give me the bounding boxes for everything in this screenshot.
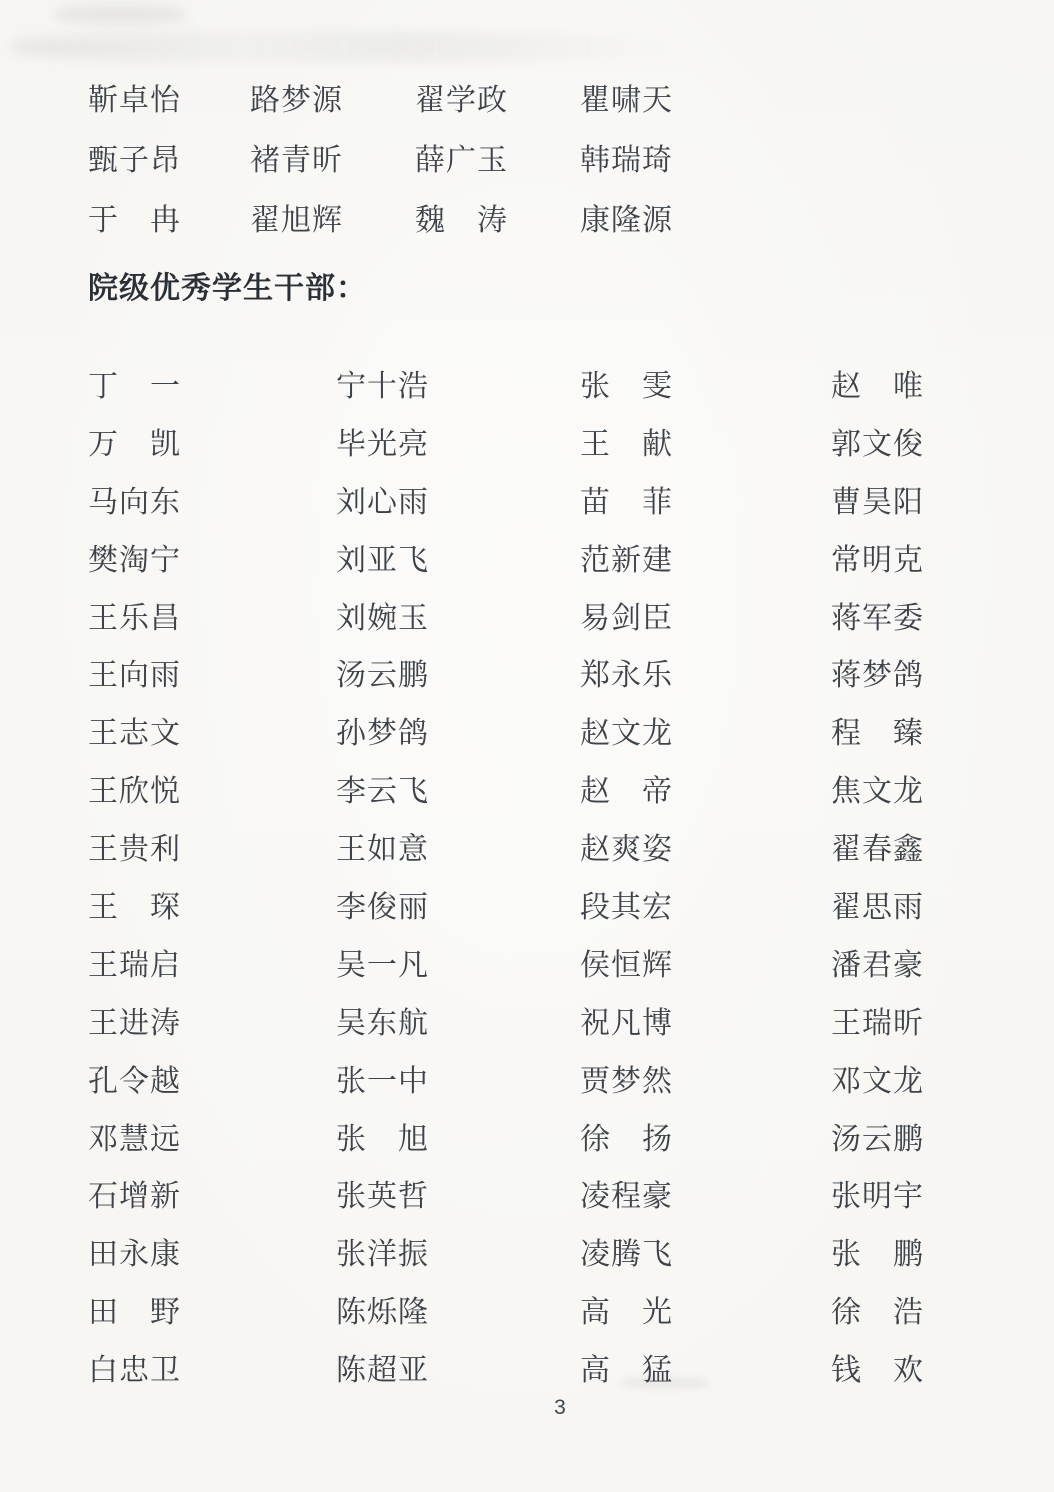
main-name-list: 丁 一 宁十浩 张 雯 赵 唯 万 凯 毕光亮 王 献 郭文俊 马向东 刘心雨 …	[0, 370, 1054, 1412]
name-cell: 蒋军委	[831, 602, 924, 635]
name-cell: 刘心雨	[336, 486, 429, 519]
name-cell: 王贵利	[88, 833, 181, 866]
name-row: 石增新 张英哲 凌程豪 张明宇	[0, 1180, 1054, 1238]
name-cell: 郑永乐	[580, 659, 673, 692]
name-cell: 王乐昌	[88, 602, 181, 635]
section-heading: 院级优秀学生干部：	[88, 263, 367, 307]
name-cell: 甄子昂	[88, 144, 181, 177]
name-cell: 张 雯	[580, 370, 673, 403]
name-cell: 凌腾飞	[580, 1238, 673, 1271]
name-cell: 瞿啸天	[580, 84, 673, 117]
name-cell: 刘亚飞	[336, 544, 429, 577]
name-cell: 王进涛	[88, 1007, 181, 1040]
name-cell: 褚青昕	[250, 144, 343, 177]
name-cell: 贾梦然	[580, 1065, 673, 1098]
name-cell: 徐 扬	[580, 1123, 673, 1156]
name-cell: 焦文龙	[831, 775, 924, 808]
name-cell: 孔令越	[88, 1065, 181, 1098]
scan-smudge-corner	[55, 4, 185, 24]
name-cell: 高 猛	[580, 1354, 673, 1387]
name-row: 于 冉 翟旭辉 魏 涛 康隆源	[0, 204, 1054, 264]
name-row: 王乐昌 刘婉玉 易剑臣 蒋军委	[0, 602, 1054, 660]
name-cell: 赵文龙	[580, 717, 673, 750]
name-row: 王贵利 王如意 赵爽姿 翟春鑫	[0, 833, 1054, 891]
name-cell: 高 光	[580, 1296, 673, 1329]
name-cell: 凌程豪	[580, 1180, 673, 1213]
name-cell: 马向东	[88, 486, 181, 519]
name-row: 田 野 陈烁隆 高 光 徐 浩	[0, 1296, 1054, 1354]
name-cell: 王 琛	[88, 891, 181, 924]
name-cell: 祝凡博	[580, 1007, 673, 1040]
name-row: 田永康 张洋振 凌腾飞 张 鹏	[0, 1238, 1054, 1296]
name-row: 孔令越 张一中 贾梦然 邓文龙	[0, 1065, 1054, 1123]
name-cell: 张英哲	[336, 1180, 429, 1213]
name-cell: 吴一凡	[336, 949, 429, 982]
name-row: 丁 一 宁十浩 张 雯 赵 唯	[0, 370, 1054, 428]
name-cell: 翟思雨	[831, 891, 924, 924]
name-cell: 韩瑞琦	[580, 144, 673, 177]
name-row: 王欣悦 李云飞 赵 帝 焦文龙	[0, 775, 1054, 833]
name-cell: 田 野	[88, 1296, 181, 1329]
name-cell: 刘婉玉	[336, 602, 429, 635]
name-cell: 侯恒辉	[580, 949, 673, 982]
name-cell: 张明宇	[831, 1180, 924, 1213]
name-cell: 翟学政	[415, 84, 508, 117]
name-row: 靳卓怡 路梦源 翟学政 瞿啸天	[0, 84, 1054, 144]
name-cell: 郭文俊	[831, 428, 924, 461]
name-cell: 蒋梦鸽	[831, 659, 924, 692]
name-cell: 范新建	[580, 544, 673, 577]
name-cell: 路梦源	[250, 84, 343, 117]
name-cell: 徐 浩	[831, 1296, 924, 1329]
name-cell: 田永康	[88, 1238, 181, 1271]
name-cell: 白忠卫	[88, 1354, 181, 1387]
name-cell: 赵 帝	[580, 775, 673, 808]
name-cell: 陈烁隆	[336, 1296, 429, 1329]
name-cell: 潘君豪	[831, 949, 924, 982]
scan-smudge-top	[12, 32, 672, 62]
name-cell: 丁 一	[88, 370, 181, 403]
name-cell: 曹昊阳	[831, 486, 924, 519]
name-row: 甄子昂 褚青昕 薛广玉 韩瑞琦	[0, 144, 1054, 204]
name-cell: 赵 唯	[831, 370, 924, 403]
name-cell: 李云飞	[336, 775, 429, 808]
name-cell: 邓慧远	[88, 1123, 181, 1156]
name-cell: 陈超亚	[336, 1354, 429, 1387]
name-cell: 王欣悦	[88, 775, 181, 808]
name-cell: 吴东航	[336, 1007, 429, 1040]
name-row: 白忠卫 陈超亚 高 猛 钱 欢	[0, 1354, 1054, 1412]
name-cell: 汤云鹏	[336, 659, 429, 692]
name-cell: 张洋振	[336, 1238, 429, 1271]
name-cell: 王瑞启	[88, 949, 181, 982]
name-row: 邓慧远 张 旭 徐 扬 汤云鹏	[0, 1123, 1054, 1181]
name-cell: 毕光亮	[336, 428, 429, 461]
name-cell: 王志文	[88, 717, 181, 750]
name-cell: 程 臻	[831, 717, 924, 750]
name-cell: 薛广玉	[415, 144, 508, 177]
name-row: 王志文 孙梦鸽 赵文龙 程 臻	[0, 717, 1054, 775]
name-cell: 樊淘宁	[88, 544, 181, 577]
name-cell: 石增新	[88, 1180, 181, 1213]
name-cell: 于 冉	[88, 204, 181, 237]
name-cell: 王如意	[336, 833, 429, 866]
name-cell: 段其宏	[580, 891, 673, 924]
name-cell: 王向雨	[88, 659, 181, 692]
page-number: 3	[540, 1396, 580, 1420]
name-row: 王进涛 吴东航 祝凡博 王瑞昕	[0, 1007, 1054, 1065]
name-cell: 翟旭辉	[250, 204, 343, 237]
name-cell: 靳卓怡	[88, 84, 181, 117]
name-cell: 王 献	[580, 428, 673, 461]
name-cell: 翟春鑫	[831, 833, 924, 866]
name-row: 樊淘宁 刘亚飞 范新建 常明克	[0, 544, 1054, 602]
name-cell: 宁十浩	[336, 370, 429, 403]
name-cell: 王瑞昕	[831, 1007, 924, 1040]
name-row: 王 琛 李俊丽 段其宏 翟思雨	[0, 891, 1054, 949]
name-row: 王向雨 汤云鹏 郑永乐 蒋梦鸽	[0, 659, 1054, 717]
name-cell: 易剑臣	[580, 602, 673, 635]
name-row: 马向东 刘心雨 苗 菲 曹昊阳	[0, 486, 1054, 544]
top-name-list: 靳卓怡 路梦源 翟学政 瞿啸天 甄子昂 褚青昕 薛广玉 韩瑞琦 于 冉 翟旭辉 …	[0, 84, 1054, 264]
name-cell: 汤云鹏	[831, 1123, 924, 1156]
name-cell: 孙梦鸽	[336, 717, 429, 750]
name-cell: 张 旭	[336, 1123, 429, 1156]
name-cell: 钱 欢	[831, 1354, 924, 1387]
name-cell: 万 凯	[88, 428, 181, 461]
name-cell: 康隆源	[580, 204, 673, 237]
name-cell: 魏 涛	[415, 204, 508, 237]
name-cell: 张 鹏	[831, 1238, 924, 1271]
name-cell: 邓文龙	[831, 1065, 924, 1098]
name-cell: 苗 菲	[580, 486, 673, 519]
name-row: 王瑞启 吴一凡 侯恒辉 潘君豪	[0, 949, 1054, 1007]
name-cell: 赵爽姿	[580, 833, 673, 866]
name-cell: 张一中	[336, 1065, 429, 1098]
name-cell: 李俊丽	[336, 891, 429, 924]
name-row: 万 凯 毕光亮 王 献 郭文俊	[0, 428, 1054, 486]
name-cell: 常明克	[831, 544, 924, 577]
scanned-document-page: 靳卓怡 路梦源 翟学政 瞿啸天 甄子昂 褚青昕 薛广玉 韩瑞琦 于 冉 翟旭辉 …	[0, 0, 1054, 1492]
